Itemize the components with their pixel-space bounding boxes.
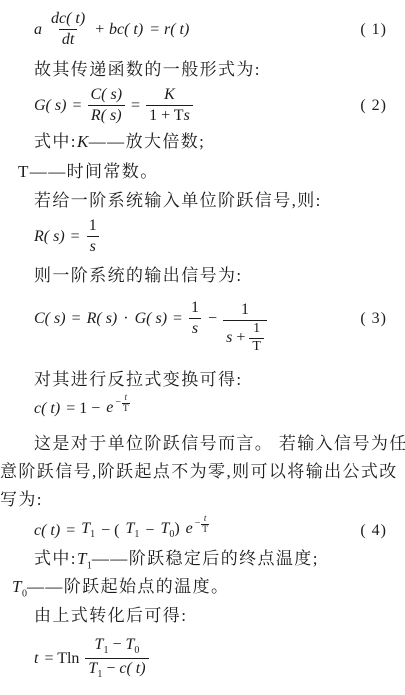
nested-fraction: 1T — [249, 322, 264, 354]
math-term: T — [12, 577, 22, 596]
equation-1: a dc( t)dt + bc( t) = r( t) ( 1) — [34, 10, 405, 50]
fraction-denominator: T1 − c( t) — [85, 658, 148, 681]
paragraph-inverse-laplace: 对其进行反拉式变换可得: — [34, 370, 243, 390]
paragraph-step-input: 若给一阶系统输入单位阶跃信号,则: — [34, 191, 322, 211]
paragraph-line3: 写为: — [0, 490, 43, 510]
legend-text: ——放大倍数; — [89, 132, 206, 151]
subscript: 1 — [90, 529, 95, 540]
equation-2: G( s) = C( s)R( s) = K1 + Ts ( 2) — [34, 86, 405, 126]
exponential-term: e−tT — [186, 519, 209, 541]
fraction-numerator: T1 − T0 — [92, 636, 143, 658]
math-term: K — [77, 132, 89, 151]
equals-sign: = — [71, 227, 80, 246]
math-term: T — [18, 162, 30, 181]
fraction-denominator: 1 + Ts — [146, 105, 193, 125]
equals-sign: = — [72, 96, 81, 115]
equation-number: ( 1) — [360, 20, 405, 39]
equation-3: C( s) = R( s) · G( s) = 1s − 1s+1T ( 3) — [34, 292, 405, 346]
math-term: = r( t) — [149, 20, 189, 39]
subscript: 1 — [97, 669, 102, 680]
equals-sign: = — [72, 309, 81, 328]
minus-sign: − — [208, 309, 217, 328]
paragraph-line1: 这是对于单位阶跃信号而言。 若输入信号为任 — [34, 434, 405, 454]
equals-sign: = — [66, 521, 75, 540]
math-term: C( s) — [34, 309, 66, 328]
fraction-denominator: R( s) — [88, 105, 125, 125]
math-term: = 1 − — [66, 399, 100, 418]
paragraph-transfer-intro: 故其传递函数的一般形式为: — [34, 60, 261, 80]
subscript: 1 — [103, 645, 108, 656]
fraction: 1s — [86, 217, 100, 257]
equation-number: ( 4) — [360, 521, 405, 540]
legend-k: 式中:K——放大倍数; — [34, 132, 205, 152]
paragraph-line2: 意阶跃信号,阶跃起点不为零,则可以将输出公式改 — [0, 462, 398, 482]
math-term: R( s) — [87, 309, 118, 328]
math-term: T1 — [81, 519, 95, 541]
fraction: K1 + Ts — [146, 86, 193, 126]
equation-number: ( 3) — [360, 309, 405, 328]
minus-sign: − ( — [101, 521, 119, 540]
multiplication-dot: · — [123, 309, 128, 328]
fraction-denominator: s — [189, 318, 201, 338]
legend-text: ——阶跃稳定后的终点温度; — [92, 549, 319, 568]
subscript: 0 — [134, 645, 139, 656]
fraction-denominator: s+1T — [223, 320, 267, 354]
math-term: c( t) — [34, 399, 60, 418]
paragraph-output-intro: 则一阶系统的输出信号为: — [34, 266, 243, 286]
math-term: G( s) — [135, 309, 167, 328]
fraction-numerator: 1 — [188, 299, 202, 318]
legend-text: ——时间常数。 — [30, 162, 159, 181]
fraction-numerator: dc( t) — [48, 10, 88, 29]
fraction-numerator: 1 — [238, 301, 252, 320]
math-term: G( s) — [34, 96, 66, 115]
equation-rs: R( s) = 1s — [34, 217, 405, 257]
paragraph-convert-intro: 由上式转化后可得: — [34, 606, 187, 626]
math-term: a — [34, 20, 42, 39]
paper-page: a dc( t)dt + bc( t) = r( t) ( 1) 故其传递函数的… — [0, 0, 405, 695]
equation-tsolve: t = Tln T1 − T0T1 − c( t) — [34, 636, 405, 680]
minus-sign: − — [145, 521, 154, 540]
equals-sign: = — [131, 96, 140, 115]
math-term: T1 — [126, 519, 140, 541]
equation-4: c( t) = T1 − ( T1 − T0) e−tT ( 4) — [34, 519, 405, 541]
equation-number: ( 2) — [360, 96, 405, 115]
fraction: 1s — [188, 299, 202, 339]
fraction-denominator: dt — [59, 29, 77, 49]
fraction-numerator: 1 — [86, 217, 100, 236]
fraction: T1 − T0T1 − c( t) — [85, 636, 148, 680]
math-term: + bc( t) — [94, 20, 143, 39]
fraction: C( s)R( s) — [87, 86, 125, 126]
math-term: = Tln — [44, 649, 79, 668]
math-term: t — [34, 649, 38, 668]
legend-t0: T0——阶跃起始点的温度。 — [12, 577, 229, 600]
fraction: dc( t)dt — [48, 10, 88, 50]
exponent: −tT — [195, 514, 209, 534]
equation-ct: c( t) = 1 − e−tT — [34, 398, 405, 420]
subscript: 1 — [134, 529, 139, 540]
fraction-denominator: s — [87, 236, 99, 256]
fraction-numerator: K — [161, 86, 178, 105]
math-term: c( t) — [34, 521, 60, 540]
legend-prefix: 式中: — [34, 549, 77, 568]
legend-text: ——阶跃起始点的温度。 — [27, 577, 229, 596]
exponent: −tT — [115, 393, 129, 413]
math-term: T0) — [160, 519, 179, 541]
legend-t1: 式中:T1——阶跃稳定后的终点温度; — [34, 549, 319, 572]
math-term: R( s) — [34, 227, 65, 246]
fraction-numerator: C( s) — [87, 86, 125, 105]
legend-prefix: 式中: — [34, 132, 77, 151]
legend-t: T——时间常数。 — [18, 162, 159, 182]
math-term: T — [77, 549, 87, 568]
equals-sign: = — [173, 309, 182, 328]
exponential-term: e−tT — [106, 398, 129, 420]
fraction: 1s+1T — [223, 301, 267, 355]
